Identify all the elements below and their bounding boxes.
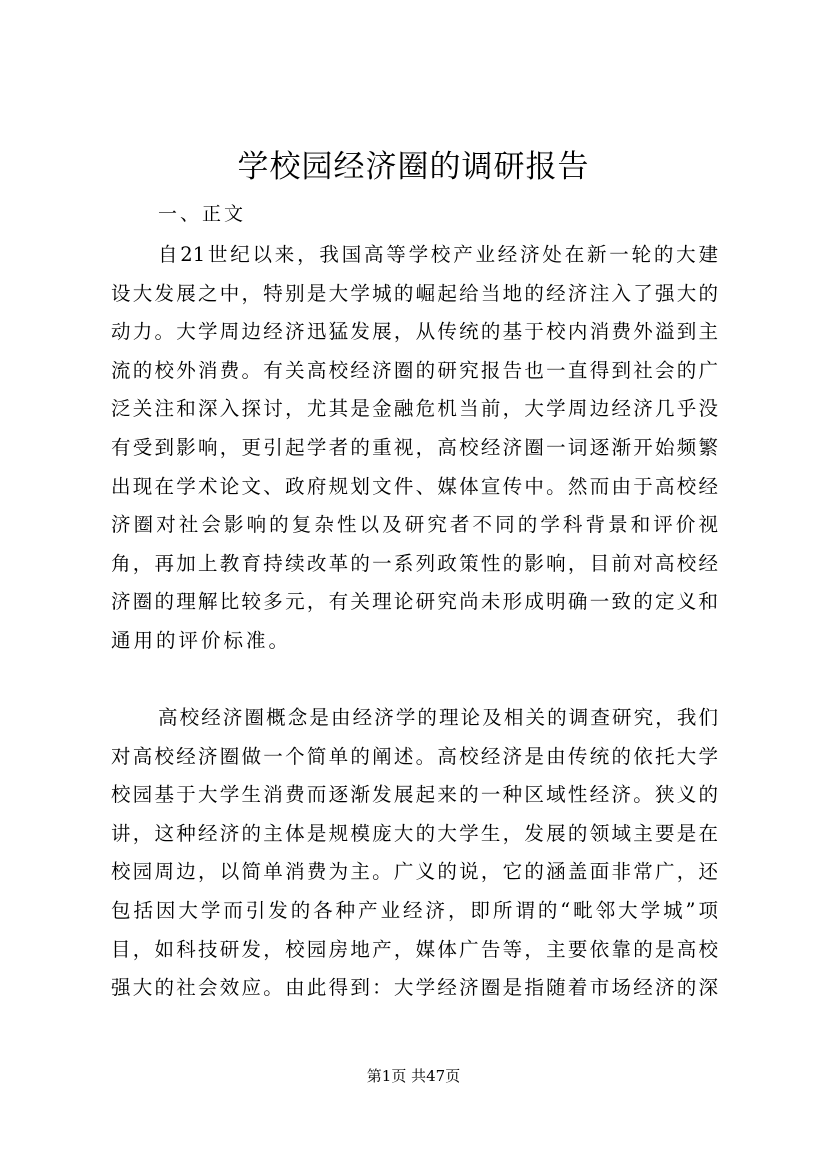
paragraph-line: 泛关注和深入探讨，尤其是金融危机当前，大学周边经济几乎没 — [111, 390, 718, 429]
paragraph-line: 对高校经济圈做一个简单的阐述。高校经济是由传统的依托大学 — [111, 738, 718, 777]
paragraph-line: 流的校外消费。有关高校经济圈的研究报告也一直得到社会的广 — [111, 352, 718, 391]
paragraph-line: 包括因大学而引发的各种产业经济，即所谓的“毗邻大学城”项 — [111, 892, 718, 931]
document-page: 学校园经济圈的调研报告 一、正文 自21世纪以来，我国高等学校产业经济处在新一轮… — [0, 0, 827, 1170]
paragraph-line: 目，如科技研发，校园房地产，媒体广告等，主要依靠的是高校 — [111, 931, 718, 970]
paragraph-line: 设大发展之中，特别是大学城的崛起给当地的经济注入了强大的 — [111, 275, 718, 314]
paragraph-line: 自21世纪以来，我国高等学校产业经济处在新一轮的大建 — [111, 236, 718, 275]
paragraph-1: 自21世纪以来，我国高等学校产业经济处在新一轮的大建 设大发展之中，特别是大学城… — [111, 236, 718, 661]
paragraph-line: 校园周边，以简单消费为主。广义的说，它的涵盖面非常广，还 — [111, 853, 718, 892]
page-number-footer: 第1页 共47页 — [0, 1066, 827, 1086]
paragraph-line: 讲，这种经济的主体是规模庞大的大学生，发展的领域主要是在 — [111, 815, 718, 854]
paragraph-line: 济圈的理解比较多元，有关理论研究尚未形成明确一致的定义和 — [111, 583, 718, 622]
paragraph-line: 动力。大学周边经济迅猛发展，从传统的基于校内消费外溢到主 — [111, 313, 718, 352]
paragraph-line: 高校经济圈概念是由经济学的理论及相关的调查研究，我们 — [111, 699, 718, 738]
paragraph-line: 角，再加上教育持续改革的一系列政策性的影响，目前对高校经 — [111, 545, 718, 584]
paragraph-2: 高校经济圈概念是由经济学的理论及相关的调查研究，我们 对高校经济圈做一个简单的阐… — [111, 699, 718, 1008]
document-title: 学校园经济圈的调研报告 — [0, 145, 827, 189]
paragraph-line: 有受到影响，更引起学者的重视，高校经济圈一词逐渐开始频繁 — [111, 429, 718, 468]
paragraph-line: 校园基于大学生消费而逐渐发展起来的一种区域性经济。狭义的 — [111, 776, 718, 815]
paragraph-line: 强大的社会效应。由此得到：大学经济圈是指随着市场经济的深 — [111, 969, 718, 1008]
section-heading: 一、正文 — [158, 198, 246, 230]
paragraph-line: 出现在学术论文、政府规划文件、媒体宣传中。然而由于高校经 — [111, 468, 718, 507]
paragraph-line: 通用的评价标准。 — [111, 622, 718, 661]
paragraph-line: 济圈对社会影响的复杂性以及研究者不同的学科背景和评价视 — [111, 506, 718, 545]
